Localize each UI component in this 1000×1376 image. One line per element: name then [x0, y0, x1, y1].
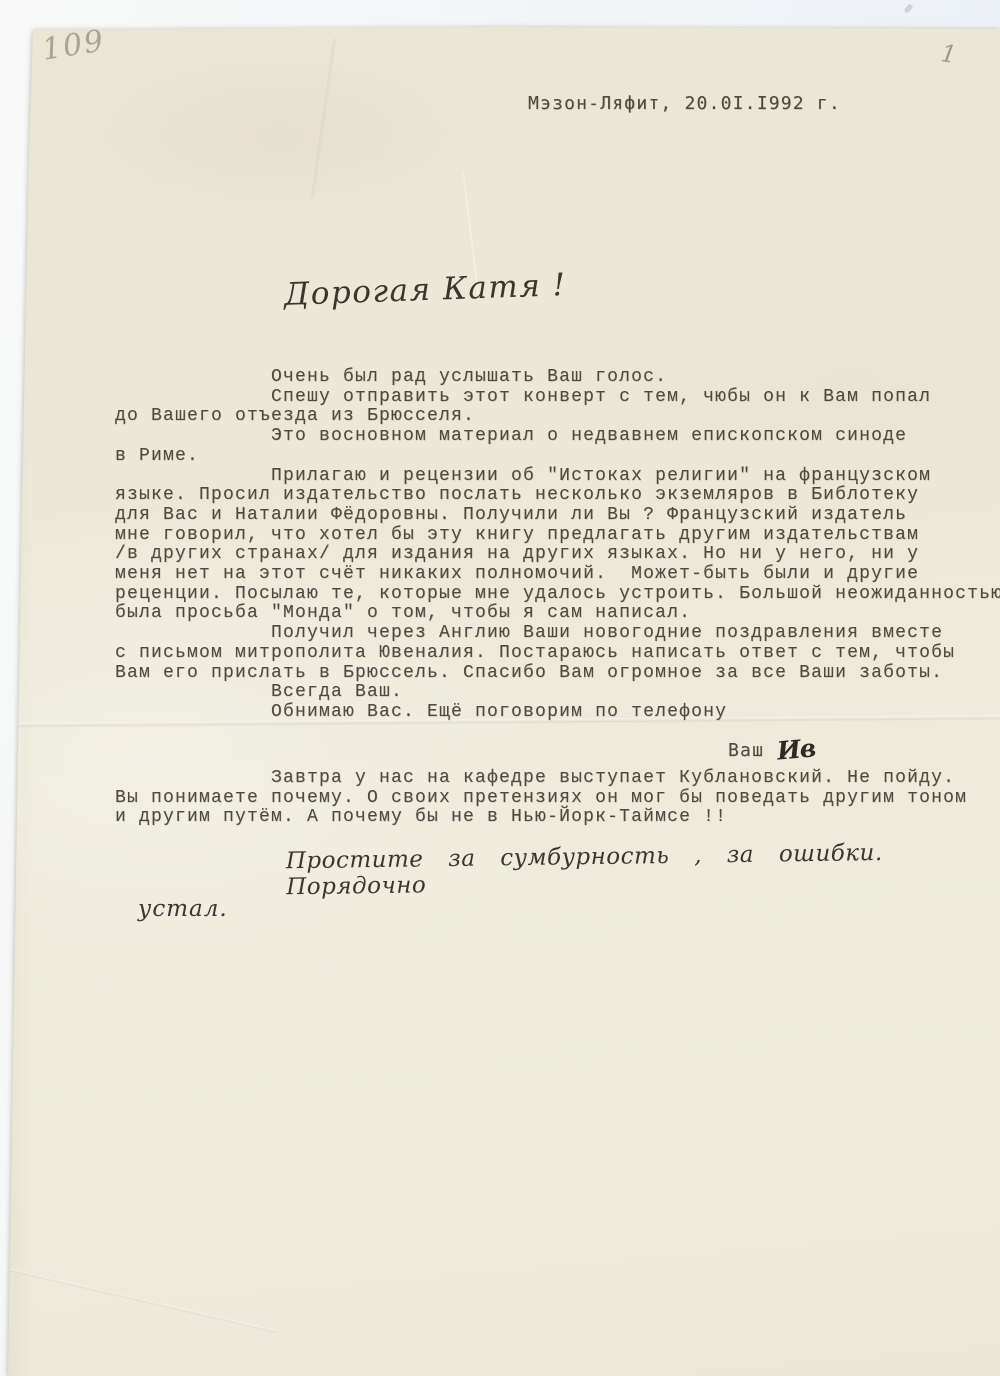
- letter-body: Очень был рад услышать Ваш голос. Спешу …: [115, 368, 1000, 723]
- postscript-handwritten-line2: устал.: [138, 896, 228, 922]
- corner-page-number-pencil: 1: [939, 39, 958, 69]
- greeting-handwritten: Дорогая Катя !: [283, 267, 567, 313]
- signature-initials-handwritten: Ив: [776, 733, 816, 765]
- closing-label: Ваш: [728, 741, 764, 761]
- scan-area: 109 1 Мэзон-Ляфит, 20.0I.I992 г. Дорогая…: [0, 0, 1000, 1376]
- dateline: Мэзон-Ляфит, 20.0I.I992 г.: [528, 94, 841, 114]
- archival-number-pencil: 109: [40, 23, 108, 67]
- paper-crease: [0, 1260, 276, 1333]
- postscript-handwritten-line1: Простите за сумбурность , за ошибки. Пор…: [286, 838, 1000, 901]
- paper-crease: [311, 39, 336, 198]
- letter-page-paper: 109 1 Мэзон-Ляфит, 20.0I.I992 г. Дорогая…: [0, 0, 1000, 1376]
- letter-afterword: Завтра у нас на кафедре выступает Кублан…: [115, 769, 967, 828]
- signature-row: Ваш Ив: [728, 741, 815, 764]
- scanned-letter-screenshot: { "scan": { "archival_number": "109", "p…: [0, 0, 1000, 1376]
